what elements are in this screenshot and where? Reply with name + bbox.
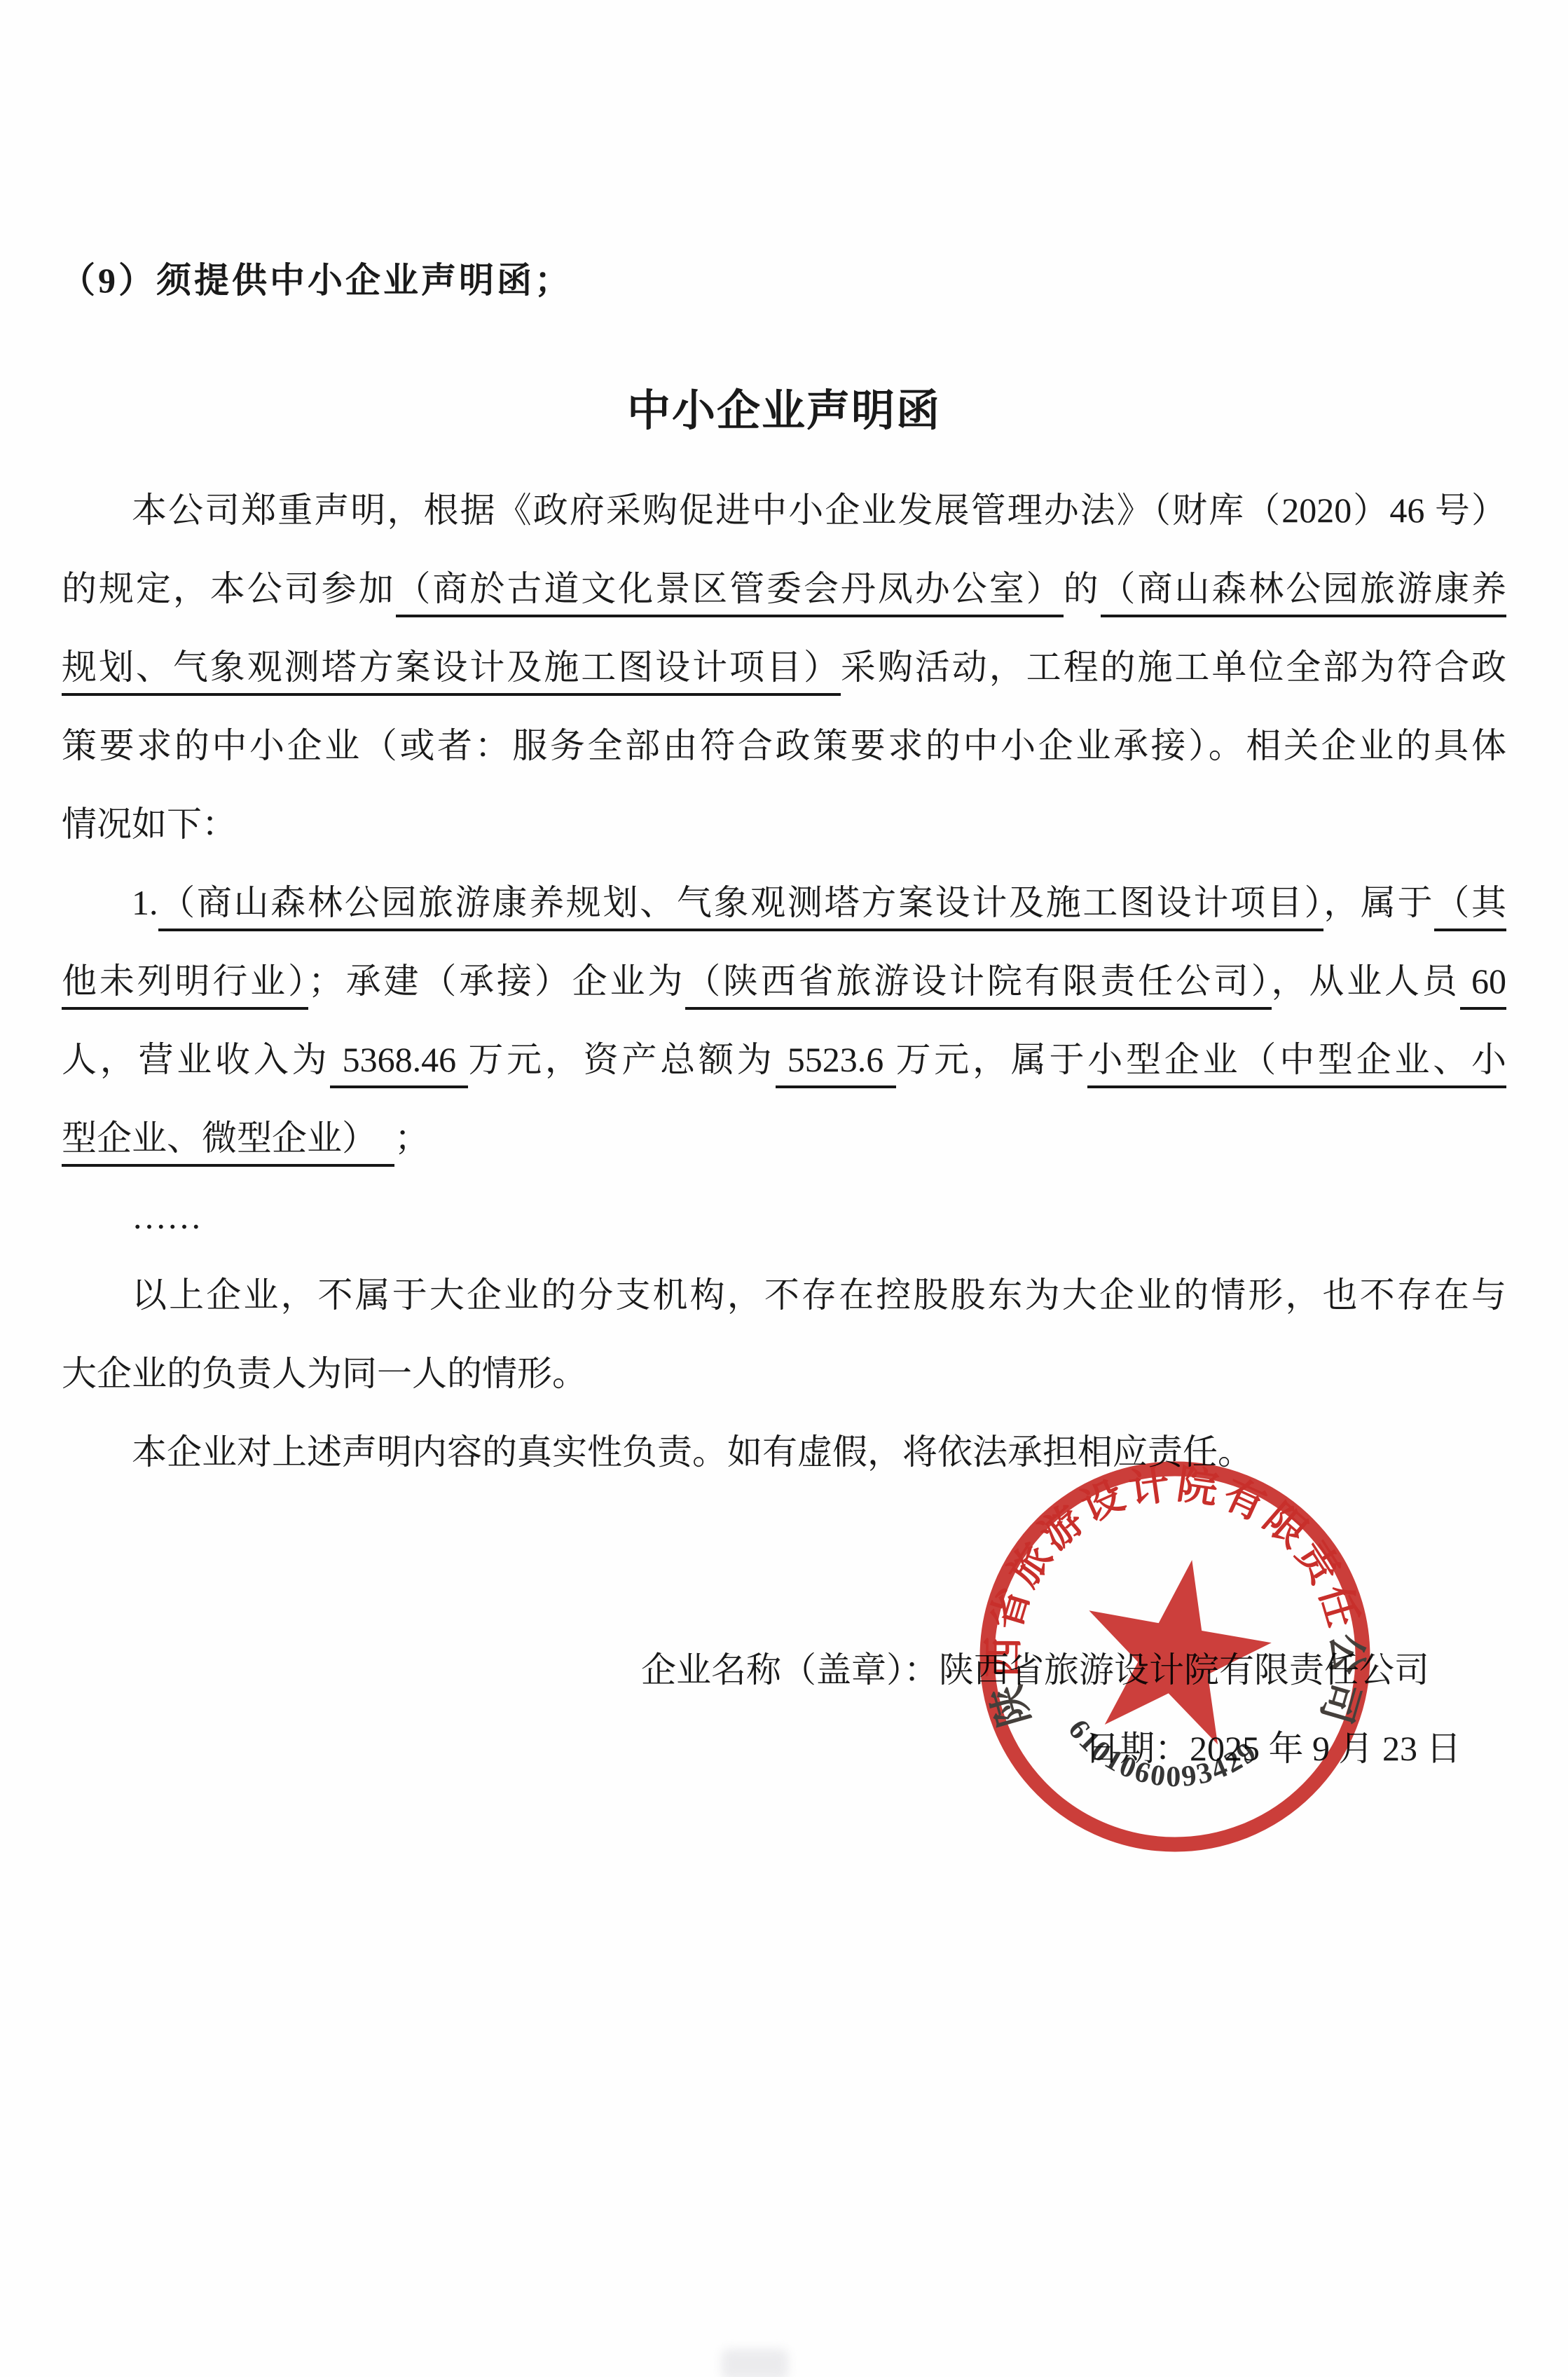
underlined-field: （其 bbox=[1434, 883, 1506, 931]
underlined-field: 他未列明行业） bbox=[62, 961, 308, 1010]
body-line: 策要求的中小企业（或者：服务全部由符合政策要求的中小企业承接）。相关企业的具体 bbox=[62, 706, 1506, 785]
text-run: 大企业的负责人为同一人的情形。 bbox=[62, 1354, 587, 1393]
seal-ring-text: 陕西省旅游设计院有限责任公司 bbox=[981, 1461, 1369, 1732]
company-name-value: 陕西省旅游设计院有限责任公司 bbox=[939, 1650, 1429, 1690]
body-line: 本企业对上述声明内容的真实性负责。如有虚假，将依法承担相应责任。 bbox=[62, 1413, 1506, 1491]
text-run: 情况如下： bbox=[62, 804, 237, 844]
text-run: 本公司郑重声明，根据《政府采购促进中小企业发展管理办法》（财库（2020）46 … bbox=[132, 491, 1506, 530]
underlined-field: （商山森林公园旅游康养规划、气象观测塔方案设计及施工图设计项目） bbox=[158, 883, 1324, 931]
body-lines: 本公司郑重声明，根据《政府采购促进中小企业发展管理办法》（财库（2020）46 … bbox=[62, 471, 1506, 1491]
text-run: ；承建（承接）企业为 bbox=[308, 961, 685, 1001]
text-run: …… bbox=[132, 1197, 202, 1236]
underlined-field: 型企业、微型企业） bbox=[62, 1118, 394, 1167]
section-heading: （9）须提供中小企业声明函； bbox=[60, 252, 572, 303]
underlined-field: 60 bbox=[1460, 961, 1506, 1010]
text-run: 的 bbox=[1064, 569, 1101, 608]
text-run: 本企业对上述声明内容的真实性负责。如有虚假，将依法承担相应责任。 bbox=[132, 1432, 1253, 1472]
text-run: ，属于 bbox=[1323, 883, 1434, 922]
faint-page-footer-mark bbox=[722, 2349, 788, 2377]
text-run: ； bbox=[394, 1118, 429, 1158]
seal-star-icon bbox=[1070, 1544, 1283, 1751]
body-line: 型企业、微型企业） ； bbox=[62, 1099, 1506, 1177]
text-run: ，从业人员 bbox=[1272, 961, 1460, 1001]
body-line: 他未列明行业）；承建（承接）企业为（陕西省旅游设计院有限责任公司），从业人员 6… bbox=[62, 942, 1506, 1020]
document-page: （9）须提供中小企业声明函； 中小企业声明函 本公司郑重声明，根据《政府采购促进… bbox=[0, 0, 1568, 2377]
underlined-field: 5368.46 bbox=[330, 1040, 468, 1088]
text-run: 人，营业收入为 bbox=[62, 1040, 330, 1079]
body-line: 以上企业，不属于大企业的分支机构，不存在控股股东为大企业的情形，也不存在与 bbox=[62, 1256, 1506, 1334]
body-line: 本公司郑重声明，根据《政府采购促进中小企业发展管理办法》（财库（2020）46 … bbox=[62, 471, 1506, 549]
text-run: 万元，属于 bbox=[896, 1040, 1088, 1079]
text-run: 的规定，本公司参加 bbox=[62, 569, 396, 608]
underlined-field: （陕西省旅游设计院有限责任公司） bbox=[685, 961, 1271, 1010]
date-label: 日期： bbox=[1085, 1729, 1190, 1768]
underlined-field: 小型企业（中型企业、小 bbox=[1087, 1040, 1506, 1088]
body-line: …… bbox=[62, 1177, 1506, 1256]
body-line: 的规定，本公司参加（商於古道文化景区管委会丹凤办公室）的（商山森林公园旅游康养 bbox=[62, 549, 1506, 628]
page-title: 中小企业声明函 bbox=[0, 376, 1568, 438]
text-run: 1. bbox=[132, 883, 158, 922]
text-run: 策要求的中小企业（或者：服务全部由符合政策要求的中小企业承接）。相关企业的具体 bbox=[62, 726, 1506, 765]
underlined-field: （商於古道文化景区管委会丹凤办公室） bbox=[396, 569, 1064, 617]
body-line: 人，营业收入为 5368.46 万元，资产总额为 5523.6 万元，属于小型企… bbox=[62, 1020, 1506, 1099]
company-name-label: 企业名称（盖章）： bbox=[641, 1650, 939, 1690]
body-line: 规划、气象观测塔方案设计及施工图设计项目）采购活动，工程的施工单位全部为符合政 bbox=[62, 628, 1506, 706]
underlined-field: 5523.6 bbox=[776, 1040, 896, 1088]
text-run: 采购活动，工程的施工单位全部为符合政 bbox=[841, 648, 1506, 687]
body-line: 大企业的负责人为同一人的情形。 bbox=[62, 1334, 1506, 1413]
date-line: 日期：2025 年 9 月 23 日 bbox=[1085, 1727, 1462, 1770]
signature-line: 企业名称（盖章）：陕西省旅游设计院有限责任公司 bbox=[641, 1648, 1429, 1692]
body-line: 情况如下： bbox=[62, 785, 1506, 863]
underlined-field: 规划、气象观测塔方案设计及施工图设计项目） bbox=[62, 648, 841, 696]
text-run: 万元，资产总额为 bbox=[468, 1040, 775, 1079]
date-value: 2025 年 9 月 23 日 bbox=[1190, 1729, 1462, 1768]
body-line: 1.（商山森林公园旅游康养规划、气象观测塔方案设计及施工图设计项目），属于（其 bbox=[62, 863, 1506, 942]
underlined-field: （商山森林公园旅游康养 bbox=[1101, 569, 1506, 617]
text-run: 以上企业，不属于大企业的分支机构，不存在控股股东为大企业的情形，也不存在与 bbox=[132, 1275, 1506, 1315]
